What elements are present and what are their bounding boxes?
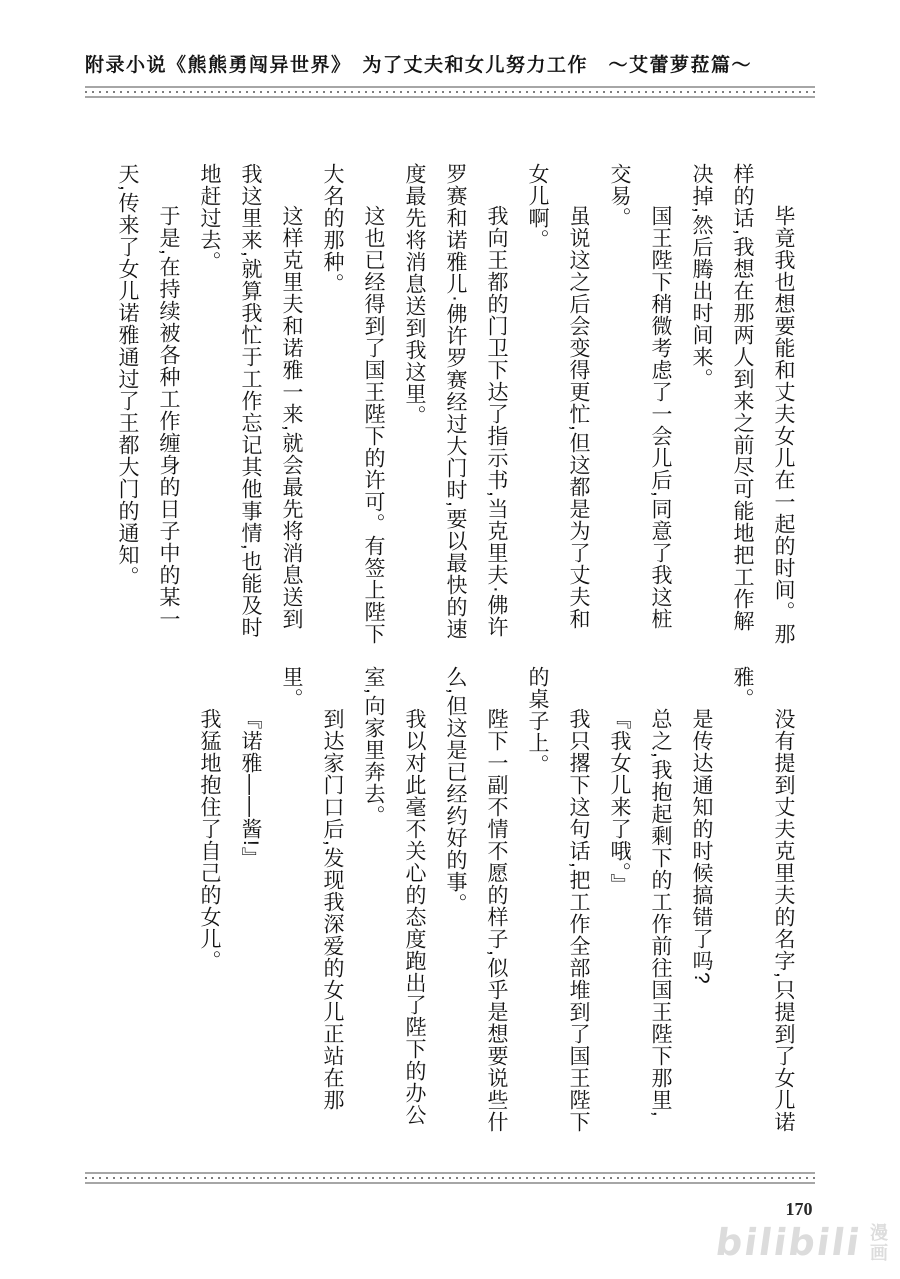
manga-label-text: 漫画 <box>868 1223 888 1263</box>
header-divider-solid-top <box>85 86 815 88</box>
novel-text-lower-tier: 没有提到丈夫克里夫的名字,只提到了女儿诺雅。 是传达通知的时候搞错了吗? 总之,… <box>189 666 804 1144</box>
bilibili-manga-watermark: bilibili 漫画 <box>716 1221 888 1264</box>
paragraph: 我向王都的门卫下达了指示书,当克里夫·佛许罗赛和诺雅儿·佛许罗赛经过大门时,要以… <box>394 163 517 645</box>
novel-text-upper-tier: 毕竟我也想要能和丈夫女儿在一起的时间。那样的话,我想在那两人到来之前尽可能地把工… <box>107 163 804 645</box>
chapter-header-title: 附录小说《熊熊勇闯异世界》 为了丈夫和女儿努力工作 ～艾蕾萝菈篇～ <box>85 50 752 77</box>
paragraph: 国王陛下稍微考虑了一会儿后,同意了我这桩交易。 <box>599 163 681 645</box>
page-number: 170 <box>779 1199 819 1220</box>
footer-divider-dotted <box>85 1177 815 1179</box>
paragraph: 『诺雅——酱!』 <box>230 666 271 1144</box>
paragraph: 我猛地抱住了自己的女儿。 <box>189 666 230 1144</box>
footer-divider <box>85 1172 815 1184</box>
bilibili-logo-text: bilibili <box>713 1221 864 1264</box>
header-divider-solid-bottom <box>85 96 815 98</box>
footer-divider-solid-bottom <box>85 1182 815 1184</box>
paragraph: 我以对此毫不关心的态度跑出了陛下的办公室,向家里奔去。 <box>353 666 435 1144</box>
paragraph: 这也已经得到了国王陛下的许可。有签上陛下大名的那种。 <box>312 163 394 645</box>
paragraph: 是传达通知的时候搞错了吗? <box>681 666 722 1144</box>
paragraph: 没有提到丈夫克里夫的名字,只提到了女儿诺雅。 <box>722 666 804 1144</box>
paragraph: 虽说这之后会变得更忙,但这都是为了丈夫和女儿啊。 <box>517 163 599 645</box>
paragraph: 陛下一副不情不愿的样子,似乎是想要说些什么,但这是已经约好的事。 <box>435 666 517 1144</box>
paragraph: 总之,我抱起剩下的工作前往国王陛下那里, <box>640 666 681 1144</box>
paragraph: 我只撂下这句话,把工作全部堆到了国王陛下的桌子上。 <box>517 666 599 1144</box>
paragraph: 『我女儿来了哦。』 <box>599 666 640 1144</box>
paragraph: 这样克里夫和诺雅一来,就会最先将消息送到我这里来,就算我忙于工作忘记其他事情,也… <box>189 163 312 645</box>
header-divider <box>85 86 815 98</box>
paragraph: 到达家门口后,发现我深爱的女儿正站在那里。 <box>271 666 353 1144</box>
header-divider-dotted <box>85 91 815 93</box>
footer-divider-solid-top <box>85 1172 815 1174</box>
paragraph: 毕竟我也想要能和丈夫女儿在一起的时间。那样的话,我想在那两人到来之前尽可能地把工… <box>681 163 804 645</box>
paragraph: 于是,在持续被各种工作缠身的日子中的某一天,传来了女儿诺雅通过了王都大门的通知。 <box>107 163 189 645</box>
